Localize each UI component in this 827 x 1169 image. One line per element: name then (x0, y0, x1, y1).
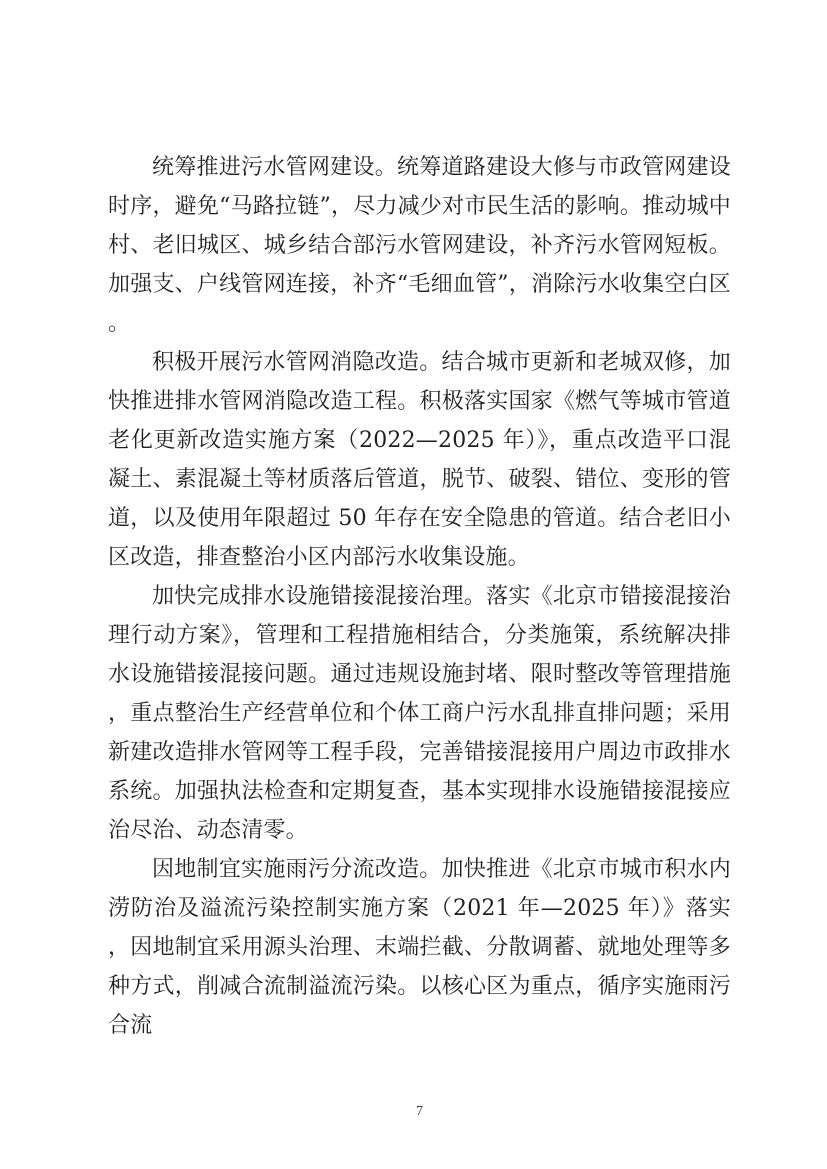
page-footer: 7 (108, 1100, 731, 1120)
paragraph-misconnection-treatment: 加快完成排水设施错接混接治理。落实《北京市错接混接治理行动方案》，管理和工程措施… (108, 577, 731, 850)
paragraph-sewage-network-construction: 统筹推进污水管网建设。统筹道路建设大修与市政管网建设时序，避免“马路拉链”，尽力… (108, 148, 731, 343)
paragraph-hidden-danger-renovation: 积极开展污水管网消隐改造。结合城市更新和老城双修，加快推进排水管网消隐改造工程。… (108, 343, 731, 577)
document-page: 统筹推进污水管网建设。统筹道路建设大修与市政管网建设时序，避免“马路拉链”，尽力… (0, 0, 827, 1169)
paragraph-rain-sewage-diversion: 因地制宜实施雨污分流改造。加快推进《北京市城市积水内涝防治及溢流污染控制实施方案… (108, 850, 731, 1045)
page-number: 7 (416, 1104, 423, 1119)
document-body: 统筹推进污水管网建设。统筹道路建设大修与市政管网建设时序，避免“马路拉链”，尽力… (108, 148, 731, 1045)
